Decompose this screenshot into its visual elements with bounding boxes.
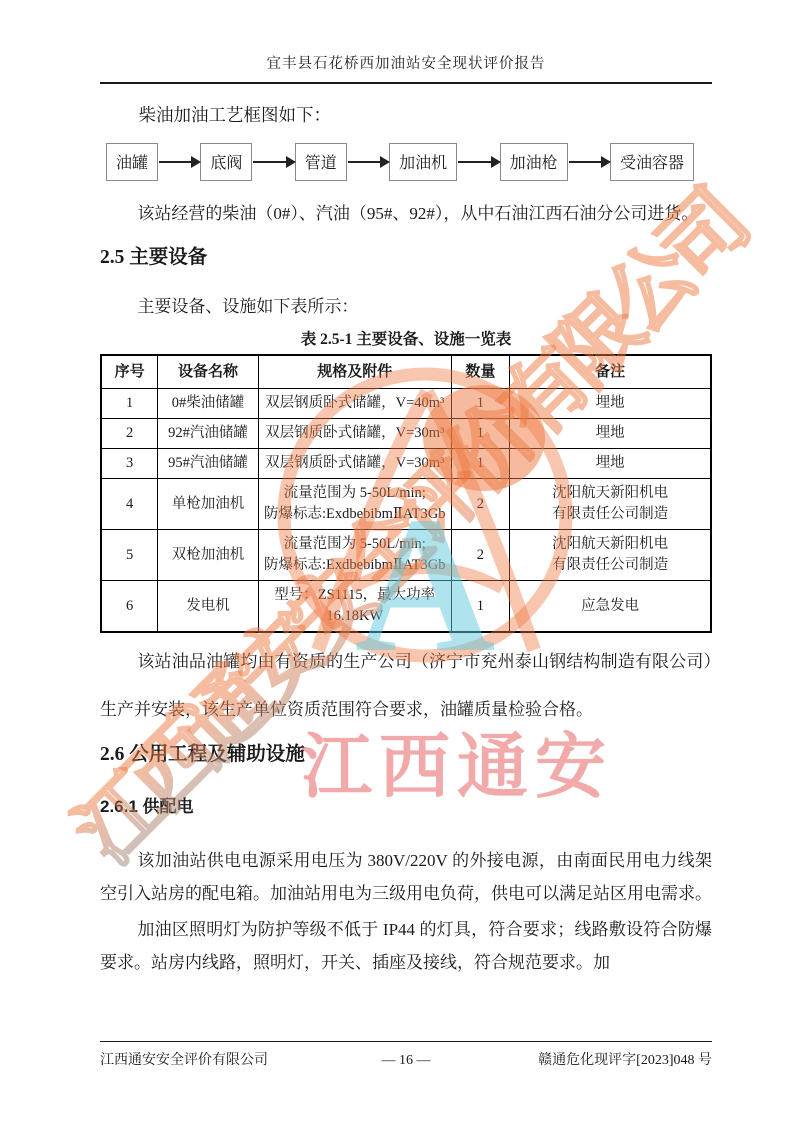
table-header-row: 序号 设备名称 规格及附件 数量 备注 [101,355,711,388]
table-cell: 应急发电 [510,581,711,633]
flow-arrow-icon [253,161,293,163]
table-cell: 单枪加油机 [158,479,259,530]
footer-doc-number: 赣通危化现评字[2023]048 号 [466,1049,712,1069]
table-cell: 4 [101,479,158,530]
table-cell: 0#柴油储罐 [158,389,259,419]
table-cell: 双层钢质卧式储罐，V=30m³ [258,419,451,449]
table-cell: 埋地 [510,419,711,449]
page-content: 宜丰县石花桥西加油站安全现状评价报告 柴油加油工艺框图如下： 油罐 底阀 管道 … [100,0,712,980]
footer-page-number: — 16 — [346,1053,466,1069]
table-cell: 1 [451,449,510,479]
flowchart-caption: 柴油加油工艺框图如下： [100,102,712,127]
table-cell: 埋地 [510,389,711,419]
document-page: 宜丰县石花桥西加油站安全现状评价报告 柴油加油工艺框图如下： 油罐 底阀 管道 … [0,0,800,1131]
table-cell: 1 [451,389,510,419]
col-header-note: 备注 [510,355,711,388]
table-cell: 2 [101,419,158,449]
table-cell: 1 [451,419,510,449]
table-cell: 发电机 [158,581,259,633]
table-row: 1 0#柴油储罐 双层钢质卧式储罐，V=40m³ 1 埋地 [101,389,711,419]
flow-arrow-icon [348,161,388,163]
section-heading-2-6-1: 2.6.1 供配电 [100,795,712,819]
flow-step-box: 管道 [295,143,347,181]
table-cell: 双层钢质卧式储罐，V=40m³ [258,389,451,419]
table-cell: 双枪加油机 [158,530,259,581]
table-cell: 2 [451,479,510,530]
table-cell: 沈阳航天新阳机电 有限责任公司制造 [510,479,711,530]
table-cell: 95#汽油储罐 [158,449,259,479]
table-cell: 92#汽油储罐 [158,419,259,449]
flow-arrow-icon [458,161,498,163]
flow-arrow-icon [159,161,199,163]
table-cell: 沈阳航天新阳机电 有限责任公司制造 [510,530,711,581]
section-heading-2-6: 2.6 公用工程及辅助设施 [100,737,712,769]
table-lead-in: 主要设备、设施如下表所示： [100,292,712,317]
paragraph-tanks: 该站油品油罐均由有资质的生产公司（济宁市兖州泰山钢结构制造有限公司）生产并安装，… [100,638,712,733]
paragraph-power-supply: 该加油站供电电源采用电压为 380V/220V 的外接电源，由南面民用电力线架空… [100,844,712,910]
table-cell: 2 [451,530,510,581]
paragraph-supply: 该站经营的柴油（0#）、汽油（95#、92#），从中石油江西石油分公司进货。 [100,190,712,238]
table-cell: 1 [101,389,158,419]
col-header-seq: 序号 [101,355,158,388]
col-header-name: 设备名称 [158,355,259,388]
table-cell: 埋地 [510,449,711,479]
table-row: 5 双枪加油机 流量范围为 5-50L/min; 防爆标志:ExdbebibmⅡ… [101,530,711,581]
diesel-process-flowchart: 油罐 底阀 管道 加油机 加油枪 受油容器 [106,143,694,181]
flow-arrow-icon [569,161,609,163]
flow-step-box: 加油枪 [500,143,568,181]
equipment-table: 序号 设备名称 规格及附件 数量 备注 1 0#柴油储罐 双层钢质卧式储罐，V=… [100,354,712,633]
table-title: 表 2.5-1 主要设备、设施一览表 [100,329,712,351]
table-cell: 流量范围为 5-50L/min; 防爆标志:ExdbebibmⅡAT3Gb [258,530,451,581]
table-cell: 3 [101,449,158,479]
section-heading-2-5: 2.5 主要设备 [100,240,712,272]
table-row: 3 95#汽油储罐 双层钢质卧式储罐，V=30m³ 1 埋地 [101,449,711,479]
col-header-qty: 数量 [451,355,510,388]
table-cell: 5 [101,530,158,581]
table-cell: 1 [451,581,510,633]
header-rule [100,82,712,84]
col-header-spec: 规格及附件 [258,355,451,388]
table-row: 6 发电机 型号：ZS1115，最大功率 16.18KW 1 应急发电 [101,581,711,633]
footer-company: 江西通安安全评价有限公司 [100,1049,346,1069]
table-cell: 双层钢质卧式储罐，V=30m³ [258,449,451,479]
flow-step-box: 底阀 [200,143,252,181]
flow-step-box: 油罐 [106,143,158,181]
flow-step-box: 受油容器 [610,143,694,181]
table-cell: 型号：ZS1115，最大功率 16.18KW [258,581,451,633]
page-footer: 江西通安安全评价有限公司 — 16 — 赣通危化现评字[2023]048 号 [100,1041,712,1069]
table-row: 4 单枪加油机 流量范围为 5-50L/min; 防爆标志:ExdbebibmⅡ… [101,479,711,530]
table-cell: 6 [101,581,158,633]
flow-step-box: 加油机 [389,143,457,181]
table-row: 2 92#汽油储罐 双层钢质卧式储罐，V=30m³ 1 埋地 [101,419,711,449]
report-header-title: 宜丰县石花桥西加油站安全现状评价报告 [100,0,712,76]
table-cell: 流量范围为 5-50L/min; 防爆标志:ExdbebibmⅡAT3Gb [258,479,451,530]
paragraph-lighting: 加油区照明灯为防护等级不低于 IP44 的灯具，符合要求；线路敷设符合防爆要求。… [100,913,712,979]
